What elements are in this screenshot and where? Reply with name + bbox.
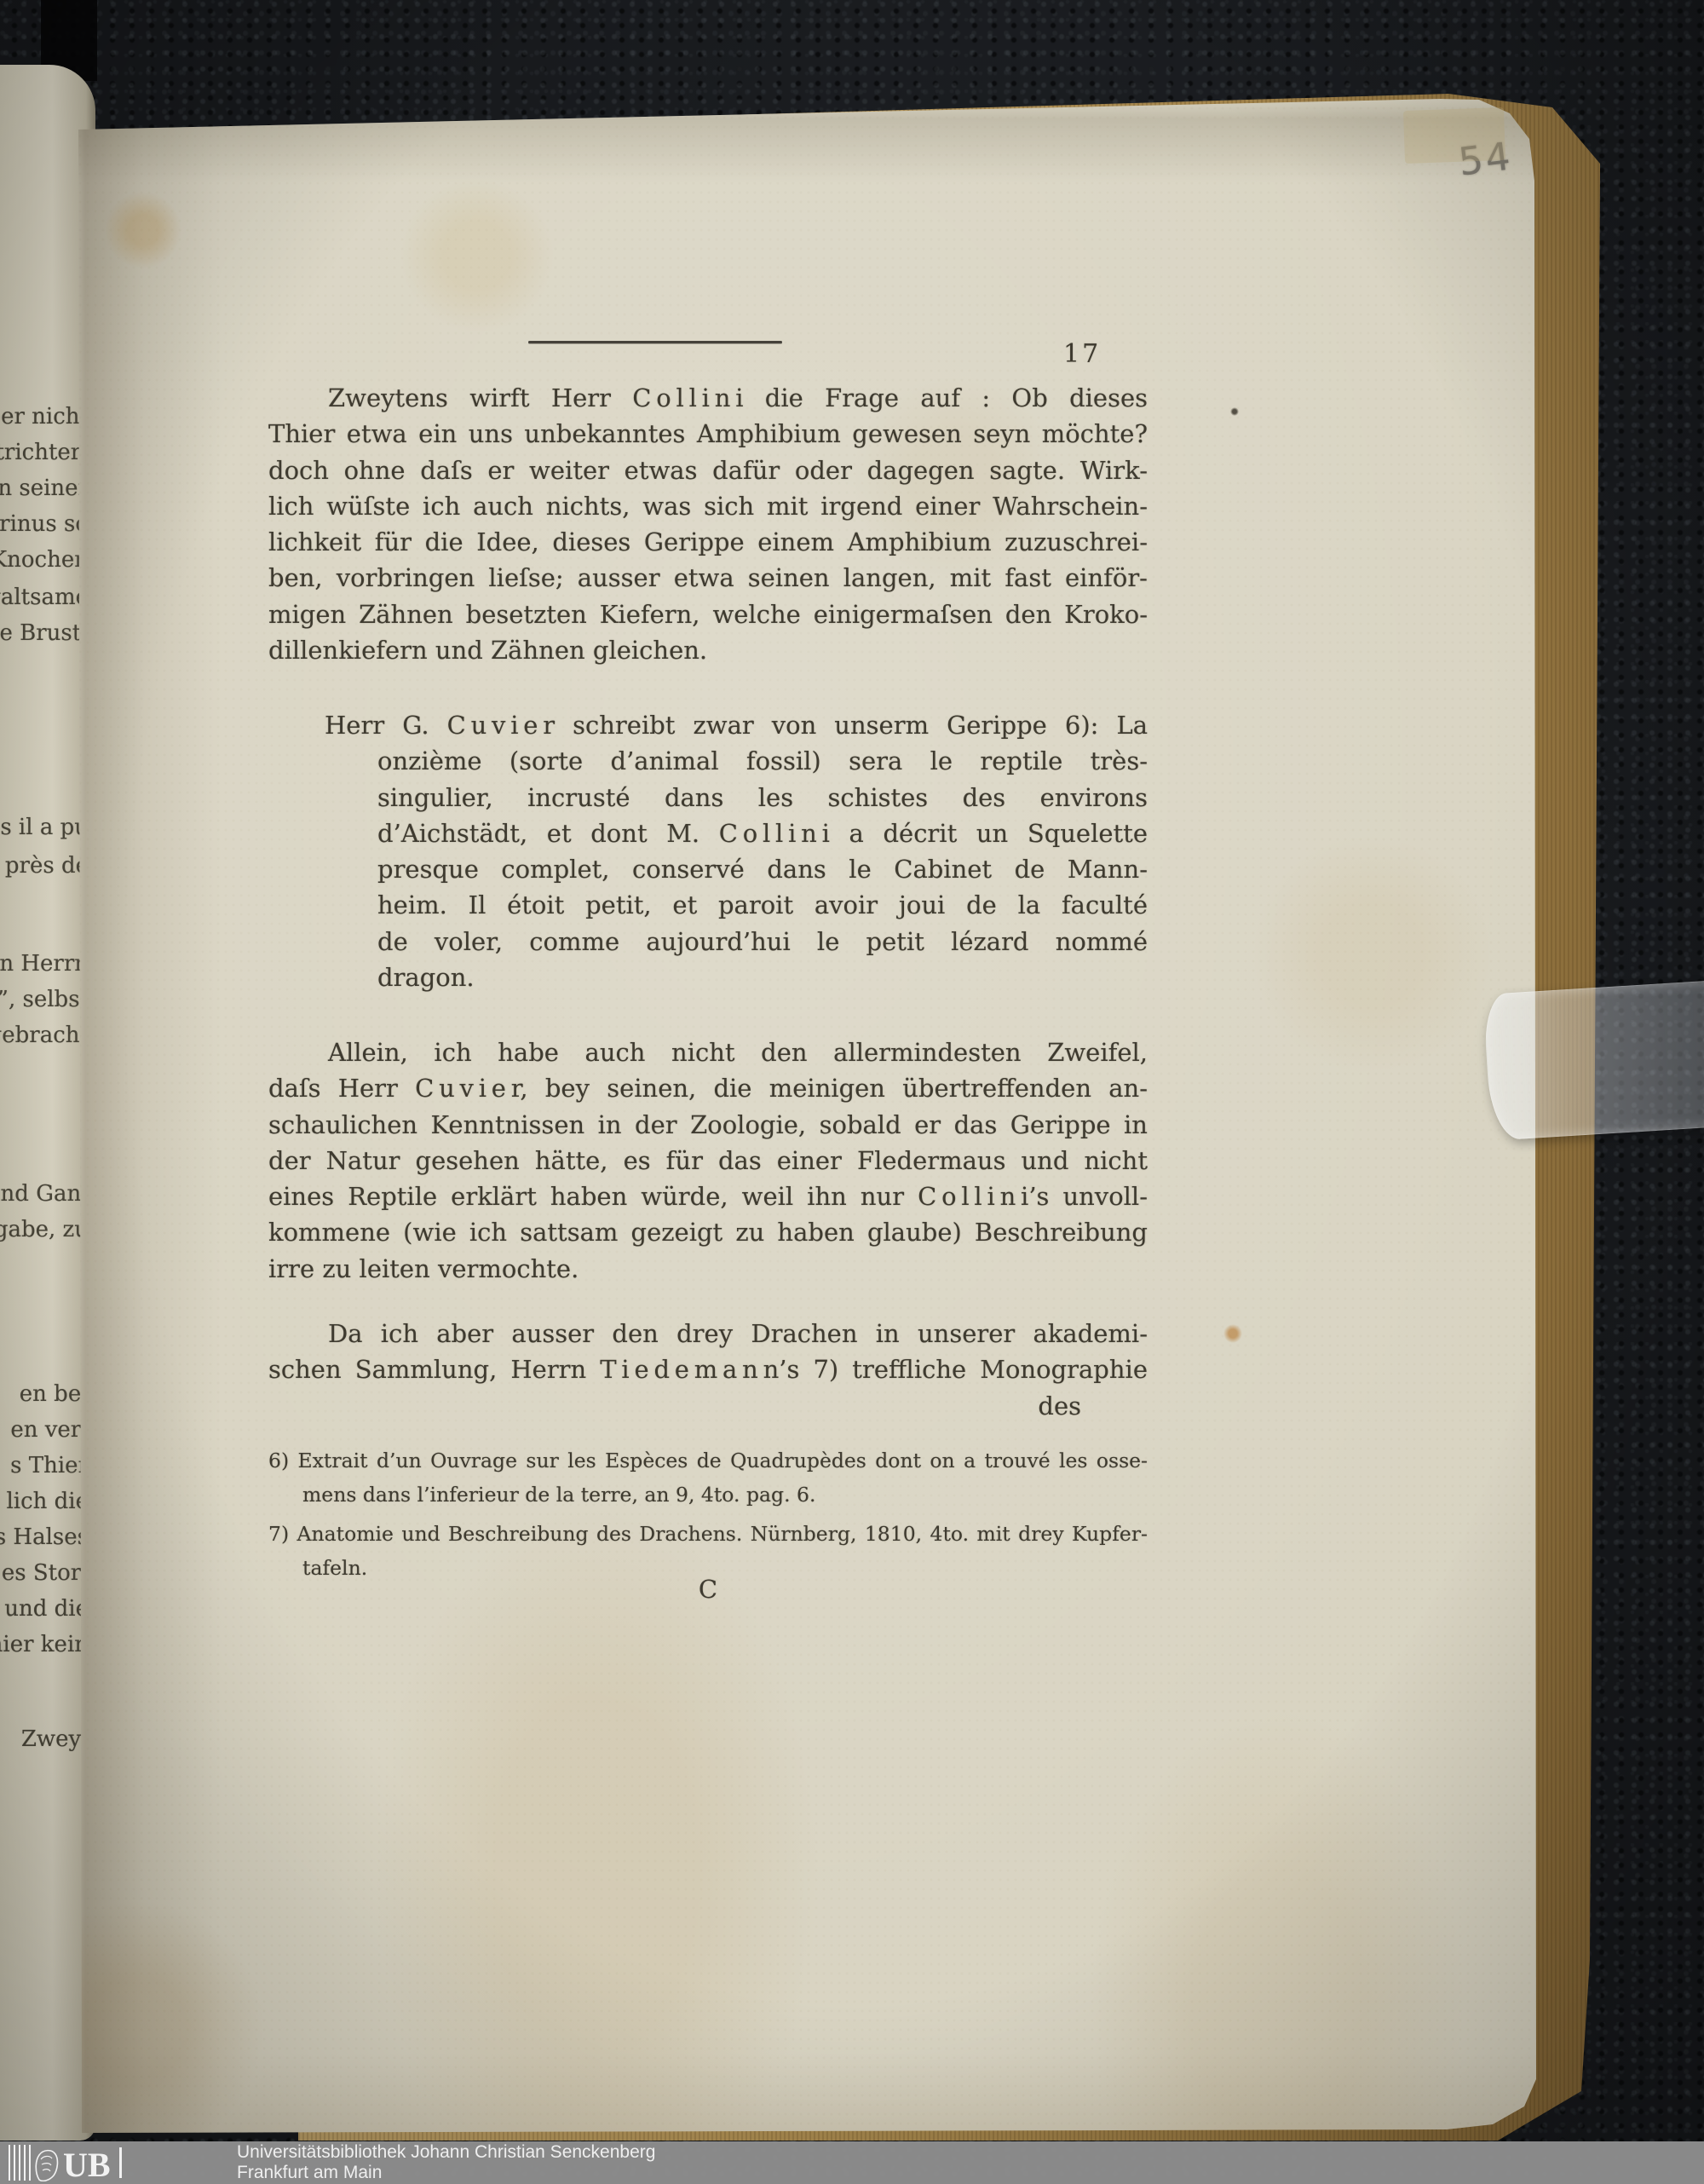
text-line: ben, vorbringen lieſse; ausser etwa sein… (268, 560, 1148, 596)
paragraph-2-cuvier-quote: Herr G. C u v i e r schreibt zwar von un… (268, 707, 1148, 995)
library-name-line2: Frankfurt am Main (237, 2163, 655, 2183)
text-line: de voler, comme aujourd’hui le petit léz… (377, 924, 1148, 959)
footnotes: 6) Extrait d’un Ouvrage sur les Espèces … (268, 1444, 1148, 1585)
section-rule (528, 341, 782, 343)
text-line: der Natur gesehen hätte, es für das eine… (268, 1143, 1148, 1178)
text-line: migen Zähnen besetzten Kiefern, welche e… (268, 596, 1148, 632)
text-line: onzième (sorte d’animal fossil) sera le … (377, 743, 1148, 779)
text-line: Da ich aber ausser den drey Drachen in u… (268, 1316, 1148, 1351)
text-line: Zweytens wirft Herr C o l l i n i die Fr… (268, 380, 1148, 416)
printed-page-content: 17 Zweytens wirft Herr C o l l i n i die… (0, 0, 1704, 2184)
text-line: doch ohne daſs er weiter etwas dafür ode… (268, 452, 1148, 488)
paragraph-1: Zweytens wirft Herr C o l l i n i die Fr… (268, 380, 1148, 668)
text-line: irre zu leiten vermochte. (268, 1251, 1148, 1287)
senckenberg-portrait-icon (36, 2151, 57, 2181)
footnote-line: 7) Anatomie und Beschreibung des Drachen… (268, 1517, 1148, 1551)
signature-mark: C (268, 1575, 1148, 1604)
paragraph-4-with-catchword: Da ich aber ausser den drey Drachen in u… (268, 1316, 1148, 1424)
text-line: kommene (wie ich sattsam gezeigt zu habe… (268, 1214, 1148, 1250)
text-line: daſs Herr C u v i e r, bey seinen, die m… (268, 1070, 1148, 1106)
text-line: presque complet, conservé dans le Cabine… (377, 851, 1148, 887)
tape-remnant (1403, 107, 1505, 164)
text-line: des (268, 1388, 1148, 1424)
footnote-line: mens dans l’inferieur de la terre, an 9,… (268, 1478, 1148, 1512)
library-name-line1: Universitätsbibliothek Johann Christian … (237, 2142, 655, 2163)
text-line: dillenkiefern und Zähnen gleichen. (268, 632, 1148, 668)
page-number: 17 (1063, 339, 1101, 369)
text-line: dragon. (377, 959, 1148, 995)
text-line: lich wüſste ich auch nichts, was sich mi… (268, 488, 1148, 524)
text-line: lichkeit für die Idee, dieses Gerippe ei… (268, 524, 1148, 560)
text-line: Herr G. C u v i e r schreibt zwar von un… (268, 707, 1148, 743)
text-line: schaulichen Kenntnissen in der Zoologie,… (268, 1107, 1148, 1143)
text-line: Thier etwa ein uns unbekanntes Amphibium… (268, 416, 1148, 452)
text-line: schen Sammlung, Herrn T i e d e m a n n’… (268, 1351, 1148, 1387)
plastic-holding-band (1482, 980, 1704, 1141)
ub-logo-text: UB (63, 2146, 111, 2181)
text-line: Allein, ich habe auch nicht den allermin… (268, 1034, 1148, 1070)
text-line: heim. Il étoit petit, et paroit avoir jo… (377, 887, 1148, 923)
ub-logo: UB (7, 2144, 186, 2181)
text-line: eines Reptile erklärt haben würde, weil … (268, 1178, 1148, 1214)
text-line: singulier, incrusté dans les schistes de… (377, 780, 1148, 815)
paragraph-3: Allein, ich habe auch nicht den allermin… (268, 1034, 1148, 1287)
library-watermark-bar: UB Universitätsbibliothek Johann Christi… (0, 2141, 1704, 2184)
footnote-line: 6) Extrait d’un Ouvrage sur les Espèces … (268, 1444, 1148, 1478)
library-name: Universitätsbibliothek Johann Christian … (237, 2142, 655, 2183)
text-line: d’Aichstädt, et dont M. C o l l i n i a … (377, 815, 1148, 851)
